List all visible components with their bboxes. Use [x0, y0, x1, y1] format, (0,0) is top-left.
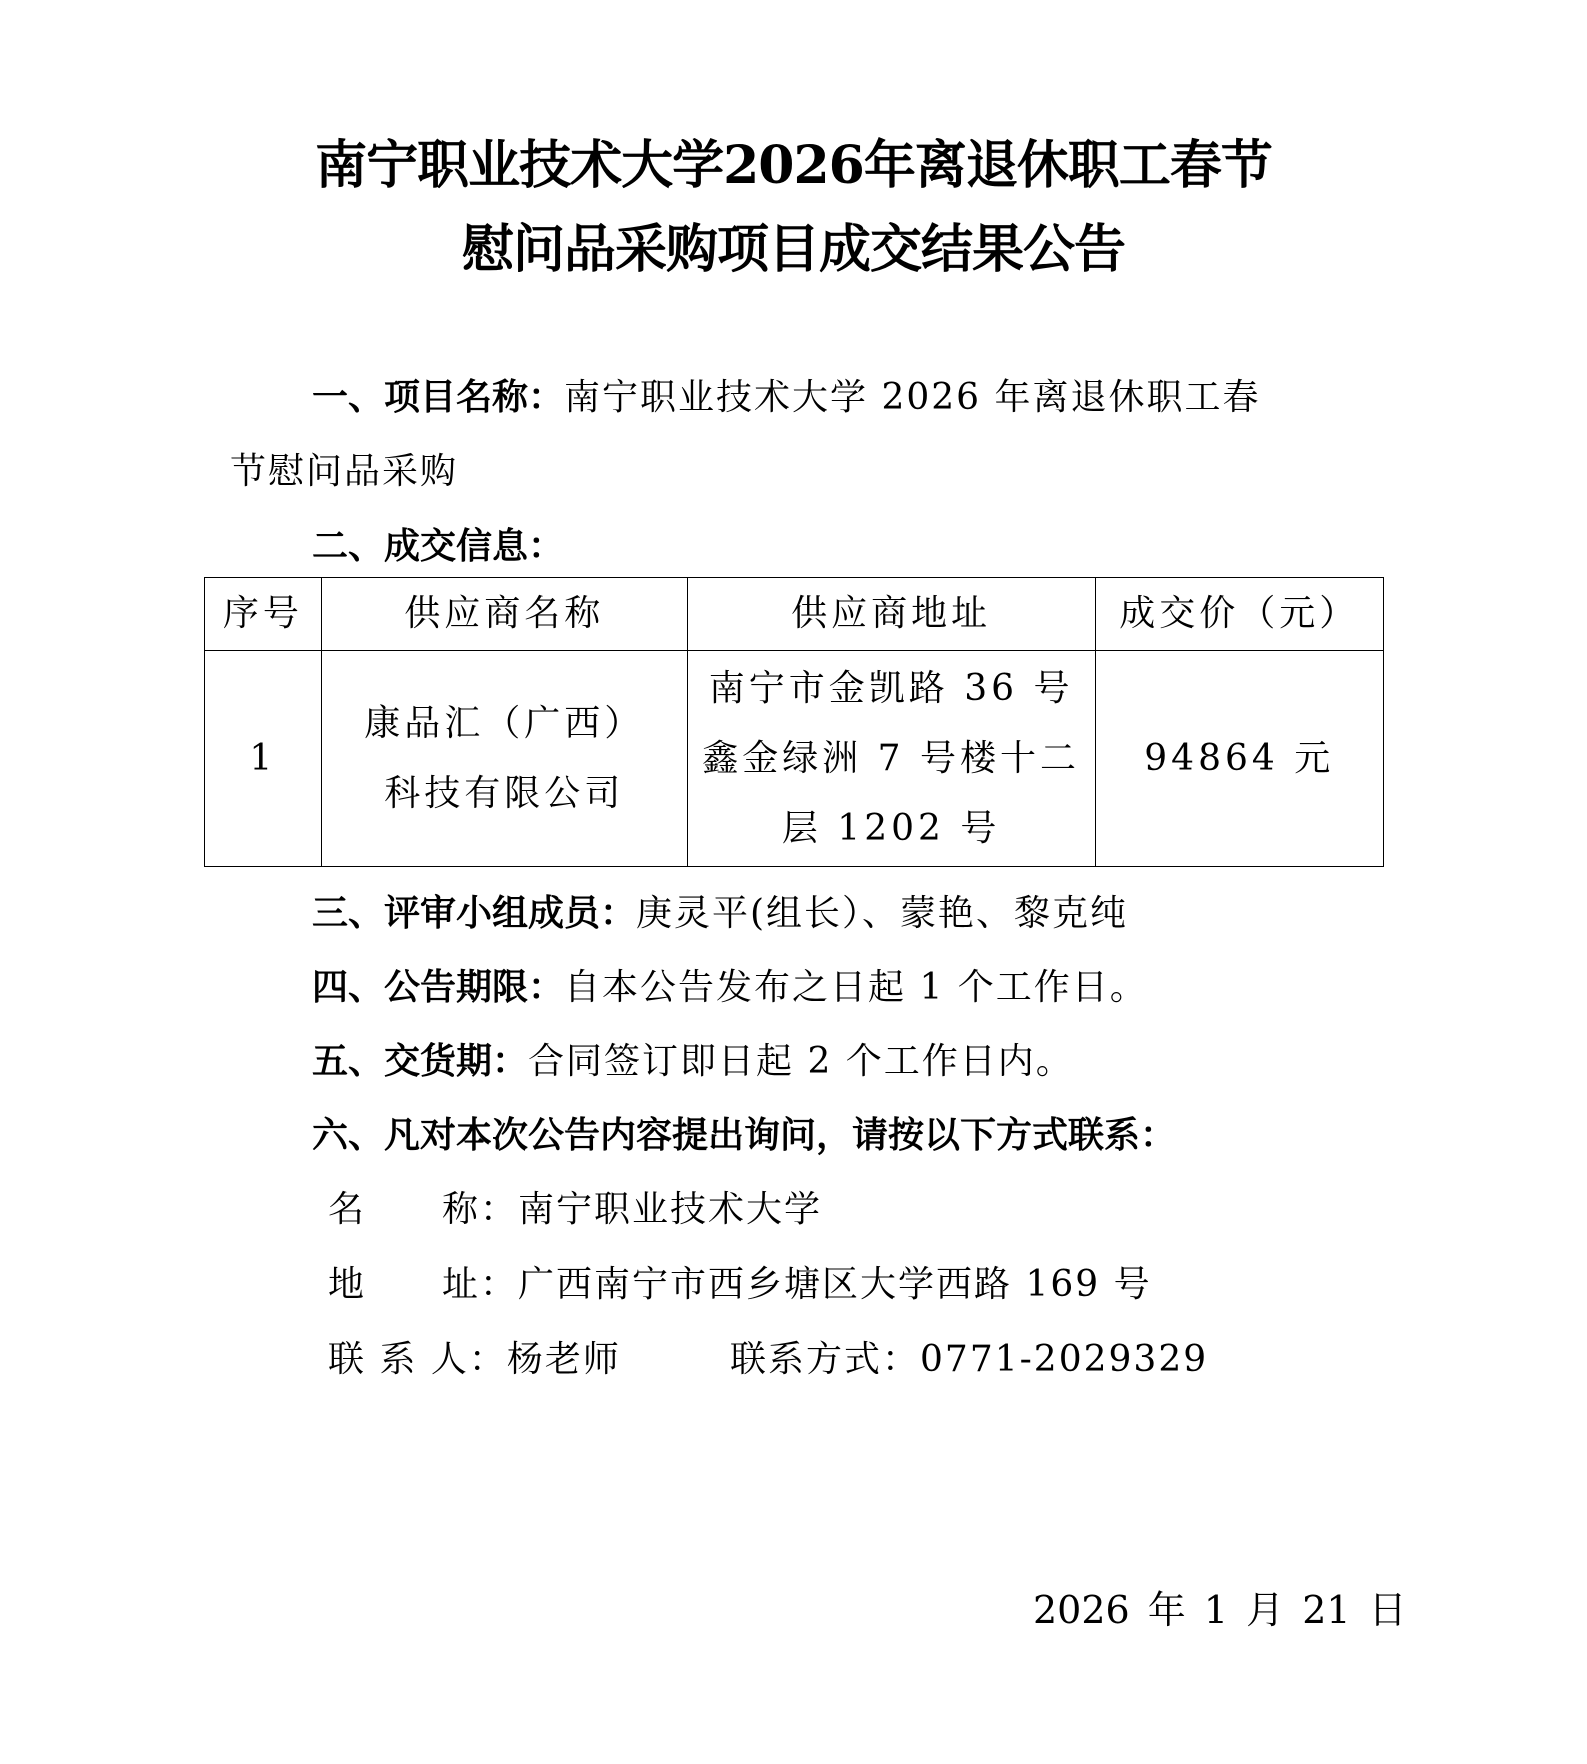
contact-name-value: 南宁职业技术大学	[518, 1189, 822, 1230]
cell-price: 94864 元	[1095, 651, 1383, 867]
header-supplier-address: 供应商地址	[687, 578, 1095, 651]
contact-address-line: 地 址：广西南宁市西乡塘区大学西路 169 号	[328, 1263, 1152, 1307]
deal-info-label: 二、成交信息：	[312, 526, 564, 567]
contact-phone-value: 0771-2029329	[920, 1339, 1208, 1380]
section-project-name: 一、项目名称：南宁职业技术大学 2026 年离退休职工春	[312, 376, 1261, 420]
contact-address-key: 地 址：	[328, 1263, 518, 1307]
announcement-page: 南宁职业技术大学2026年离退休职工春节 慰问品采购项目成交结果公告 一、项目名…	[0, 0, 1587, 1764]
header-index: 序号	[205, 578, 322, 651]
contact-person-line: 联 系 人：杨老师	[328, 1338, 621, 1382]
title-line-2: 慰问品采购项目成交结果公告	[0, 208, 1587, 292]
deal-result-table: 序号 供应商名称 供应商地址 成交价（元） 1 康品汇（广西） 科技有限公司 南…	[204, 577, 1384, 867]
section-notice-period: 四、公告期限：自本公告发布之日起 1 个工作日。	[312, 966, 1148, 1010]
supplier-address-line-3: 层 1202 号	[694, 794, 1089, 864]
cell-supplier-name: 康品汇（广西） 科技有限公司	[321, 651, 687, 867]
header-price: 成交价（元）	[1095, 578, 1383, 651]
section-review-panel: 三、评审小组成员：庚灵平(组长）、蒙艳、黎克纯	[312, 892, 1128, 936]
title-line-1: 南宁职业技术大学2026年离退休职工春节	[0, 124, 1587, 208]
supplier-name-line-2: 科技有限公司	[328, 759, 681, 829]
section-deal-info: 二、成交信息：	[312, 525, 564, 569]
supplier-name-line-1: 康品汇（广西）	[328, 689, 681, 759]
contact-phone-line: 联系方式：0771-2029329	[730, 1338, 1208, 1382]
delivery-value: 合同签订即日起 2 个工作日内。	[528, 1041, 1074, 1082]
cell-index: 1	[205, 651, 322, 867]
contact-person-key: 联 系 人：	[328, 1338, 507, 1382]
delivery-label: 五、交货期：	[312, 1041, 528, 1082]
supplier-address-line-1: 南宁市金凯路 36 号	[694, 654, 1089, 724]
contact-address-value: 广西南宁市西乡塘区大学西路 169 号	[518, 1264, 1152, 1305]
review-panel-value: 庚灵平(组长）、蒙艳、黎克纯	[636, 893, 1128, 934]
cell-supplier-address: 南宁市金凯路 36 号 鑫金绿洲 7 号楼十二 层 1202 号	[687, 651, 1095, 867]
review-panel-label: 三、评审小组成员：	[312, 893, 636, 934]
supplier-address-line-2: 鑫金绿洲 7 号楼十二	[694, 724, 1089, 794]
inquiry-label: 六、凡对本次公告内容提出询问，请按以下方式联系：	[312, 1115, 1176, 1156]
contact-person-value: 杨老师	[507, 1339, 621, 1380]
section-delivery: 五、交货期：合同签订即日起 2 个工作日内。	[312, 1040, 1074, 1084]
announcement-date: 2026 年 1 月 21 日	[1033, 1588, 1407, 1632]
notice-period-value: 自本公告发布之日起 1 个工作日。	[564, 967, 1148, 1008]
project-name-value-line2: 节慰问品采购	[230, 451, 458, 492]
section-inquiry: 六、凡对本次公告内容提出询问，请按以下方式联系：	[312, 1114, 1176, 1158]
table-header-row: 序号 供应商名称 供应商地址 成交价（元）	[205, 578, 1384, 651]
notice-period-label: 四、公告期限：	[312, 967, 564, 1008]
page-title: 南宁职业技术大学2026年离退休职工春节 慰问品采购项目成交结果公告	[0, 124, 1587, 292]
contact-name-key: 名 称：	[328, 1188, 518, 1232]
header-supplier-name: 供应商名称	[321, 578, 687, 651]
project-name-value: 南宁职业技术大学 2026 年离退休职工春	[564, 377, 1261, 418]
project-name-label: 一、项目名称：	[312, 377, 564, 418]
project-name-continuation: 节慰问品采购	[230, 450, 458, 494]
table-row: 1 康品汇（广西） 科技有限公司 南宁市金凯路 36 号 鑫金绿洲 7 号楼十二…	[205, 651, 1384, 867]
contact-phone-key: 联系方式：	[730, 1338, 920, 1382]
contact-name-line: 名 称：南宁职业技术大学	[328, 1188, 822, 1232]
